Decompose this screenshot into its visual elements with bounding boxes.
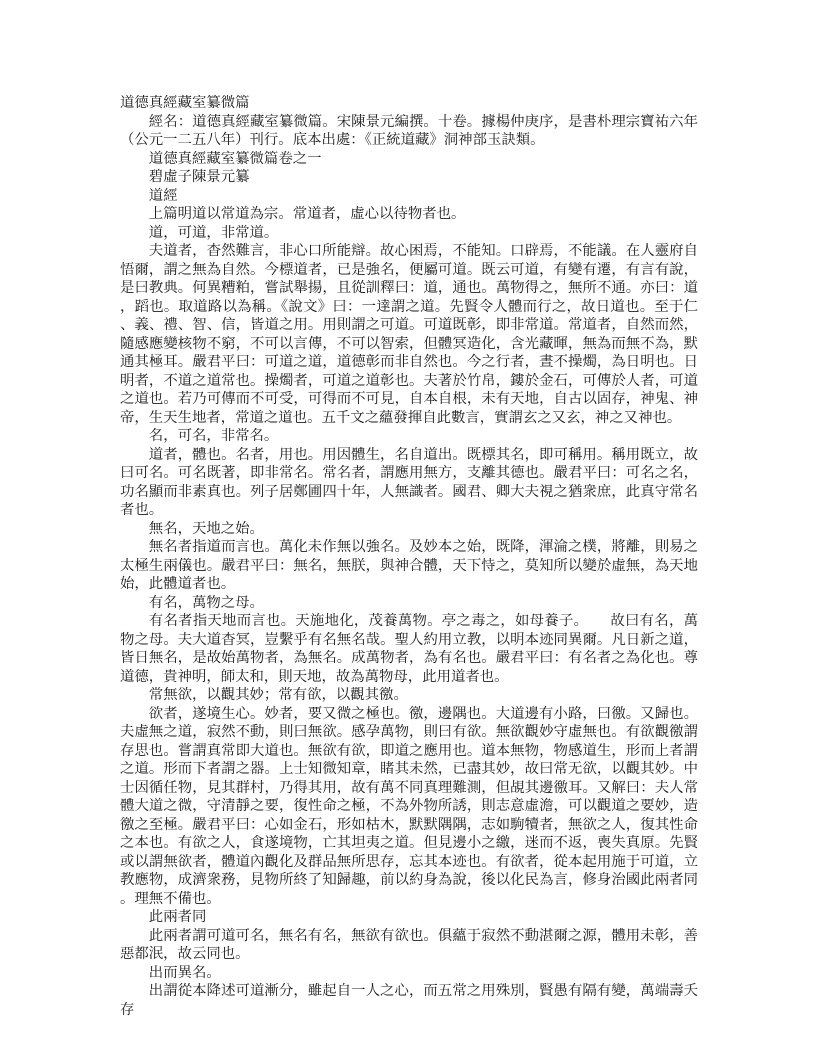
commentary-paragraph: 出謂從本降述可道漸分，雖起自一人之心，而五常之用殊別，賢愚有隔有變，萬端壽夭存 [120,982,698,1019]
scripture-line: 常無欲，以觀其妙；常有欲，以觀其徼。 [120,686,698,705]
scripture-line: 無名，天地之始。 [120,520,698,539]
scripture-line: 出而異名。 [120,964,698,983]
commentary-paragraph: 上篇明道以常道為宗。常道者，虛心以待物者也。 [120,205,698,224]
commentary-paragraph: 無名者指道而言也。萬化未作無以強名。及妙本之始，既降，渾淪之樸，將離，則易之太極… [120,538,698,594]
document-page: 道德真經藏室纂微篇 經名：道德真經藏室纂微篇。宋陳景元編撰。十卷。據楊仲庚序，是… [120,94,698,1019]
scripture-line: 名，可名，非常名。 [120,427,698,446]
commentary-paragraph: 道者，體也。名者，用也。用因體生，名自道出。既標其名，即可稱用。稱用既立，故曰可… [120,446,698,520]
volume-heading: 道德真經藏室纂微篇卷之一 [120,150,698,169]
commentary-paragraph: 此兩者謂可道可名，無名有名，無欲有欲也。俱蘊于寂然不動湛爾之源，體用未彰，善惡都… [120,927,698,964]
commentary-paragraph: 夫道者，杳然難言，非心口所能辯。故心困焉，不能知。口辟焉，不能議。在人靈府自悟爾… [120,242,698,427]
commentary-paragraph: 欲者，遂境生心。妙者，要又微之極也。徼，邊隅也。大道邊有小路，曰徼。又歸也。夫虛… [120,705,698,909]
scripture-line: 有名，萬物之母。 [120,594,698,613]
scripture-line: 此兩者同 [120,908,698,927]
intro-paragraph: 經名：道德真經藏室纂微篇。宋陳景元編撰。十卷。據楊仲庚序，是書朴理宗寶祐六年（公… [120,113,698,150]
scripture-line: 道，可道，非常道。 [120,224,698,243]
commentary-paragraph: 有名者指天地而言也。天施地化，茂養萬物。亭之毒之，如母養子。 故曰有名，萬物之母… [120,612,698,686]
document-title: 道德真經藏室纂微篇 [120,94,698,113]
author-line: 碧虛子陳景元纂 [120,168,698,187]
section-heading: 道經 [120,187,698,206]
